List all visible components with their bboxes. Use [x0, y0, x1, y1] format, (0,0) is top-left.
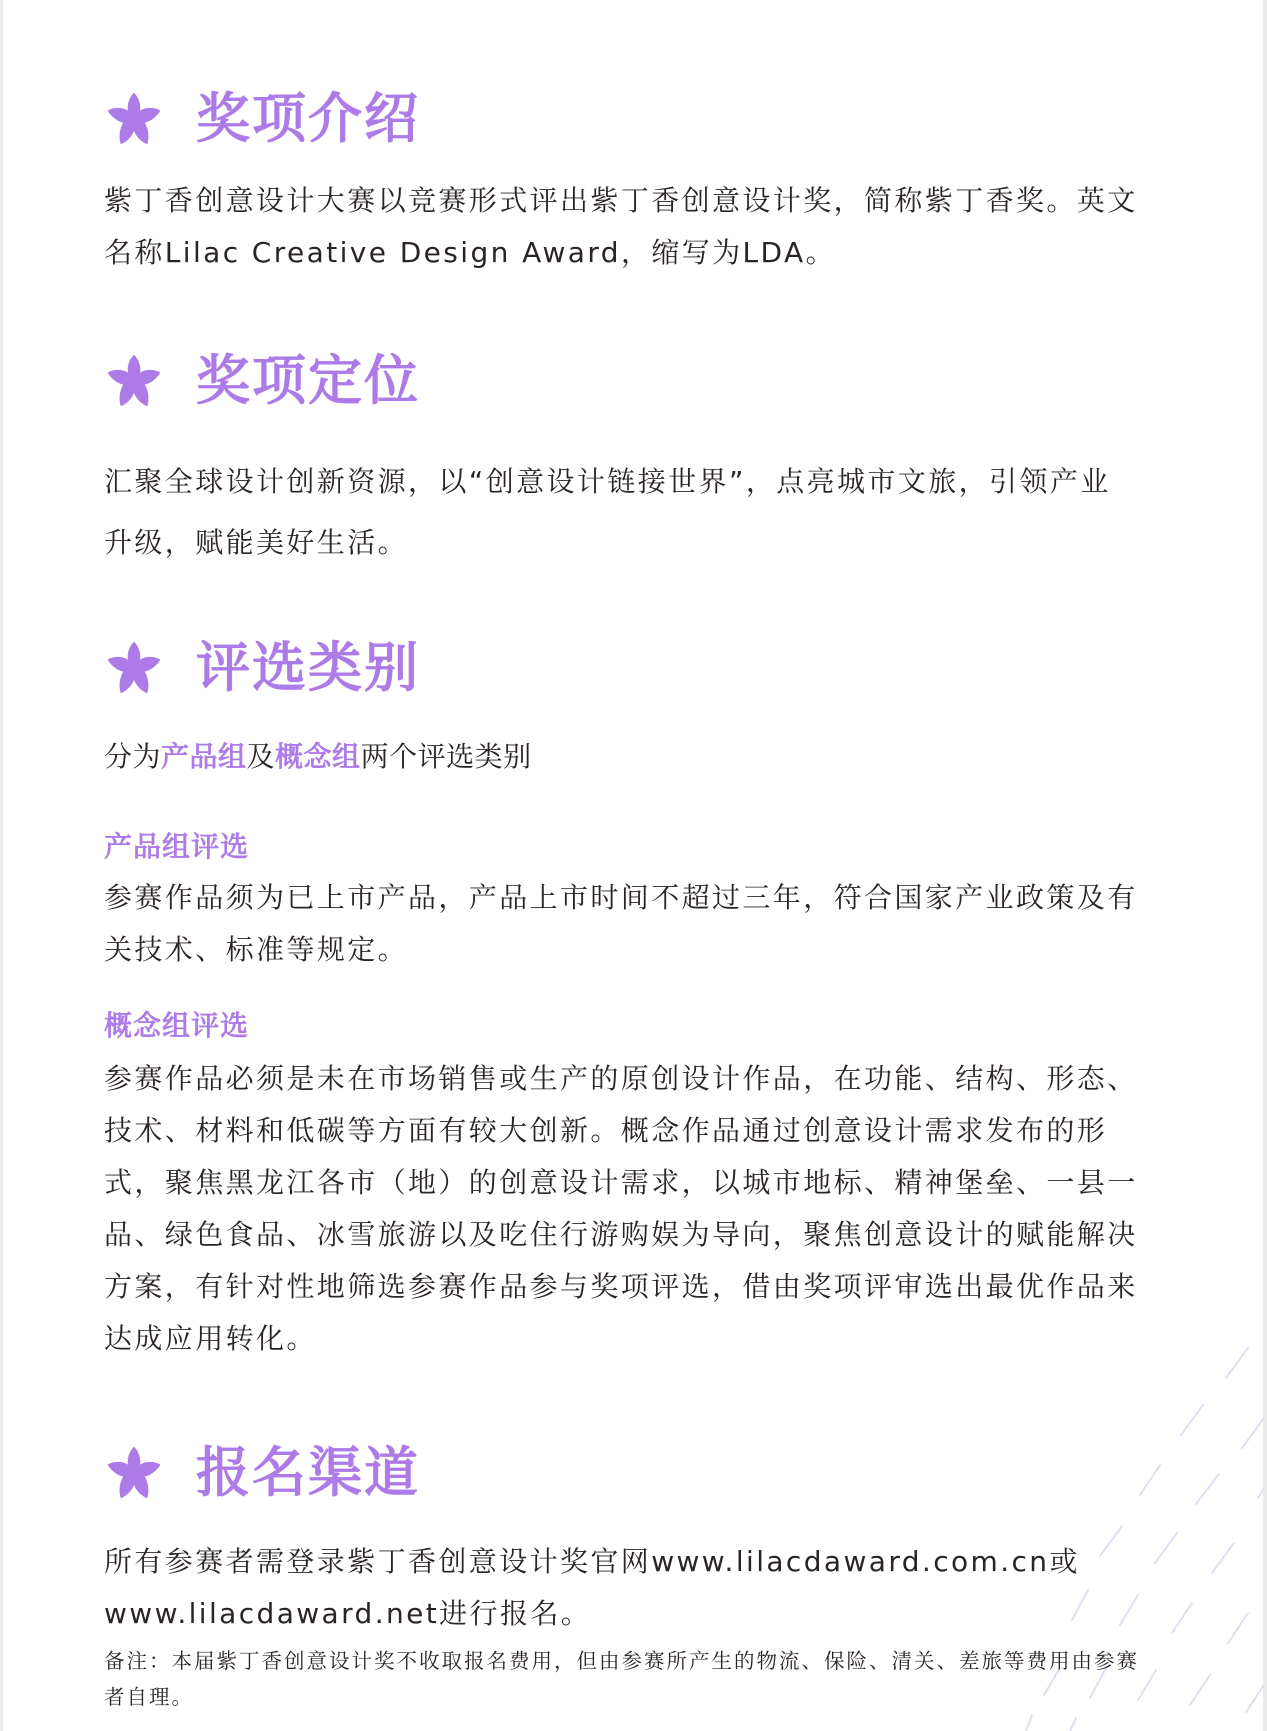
highlight-concept-group: 概念组	[275, 740, 361, 773]
section-heading-categories: 评选类别	[104, 636, 420, 700]
subheading-product-group: 产品组评选	[104, 827, 249, 867]
paragraph-product-group: 参赛作品须为已上市产品，产品上市时间不超过三年，符合国家产业政策及有关技术、标准…	[104, 872, 1140, 976]
section-paragraph-intro: 紫丁香创意设计大赛以竞赛形式评出紫丁香创意设计奖，简称紫丁香奖。英文名称Lila…	[104, 175, 1140, 279]
paragraph-concept-group: 参赛作品必须是未在市场销售或生产的原创设计作品，在功能、结构、形态、技术、材料和…	[104, 1053, 1140, 1365]
highlight-product-group: 产品组	[161, 740, 247, 773]
section-paragraph-positioning: 汇聚全球设计创新资源，以“创意设计链接世界”，点亮城市文旅，引领产业升级，赋能美…	[104, 451, 1140, 573]
section-paragraph-registration: 所有参赛者需登录紫丁香创意设计奖官网www.lilacdaward.com.cn…	[104, 1536, 1140, 1640]
section-title: 评选类别	[196, 636, 420, 700]
section-heading-intro: 奖项介绍	[104, 87, 420, 151]
registration-note: 备注：本届紫丁香创意设计奖不收取报名费用，但由参赛所产生的物流、保险、清关、差旅…	[104, 1643, 1140, 1715]
lilac-flower-icon	[104, 638, 164, 698]
lilac-flower-icon	[104, 351, 164, 411]
section-heading-registration: 报名渠道	[104, 1441, 420, 1505]
intro-middle: 及	[247, 740, 276, 773]
section-heading-positioning: 奖项定位	[104, 349, 420, 413]
section-title: 奖项定位	[196, 349, 420, 413]
lilac-flower-icon	[104, 89, 164, 149]
page-right-border	[1263, 0, 1267, 1731]
categories-intro: 分为产品组及概念组两个评选类别	[104, 731, 1140, 783]
lilac-flower-icon	[104, 1443, 164, 1503]
page-left-border	[0, 0, 3, 1731]
section-title: 报名渠道	[196, 1441, 420, 1505]
intro-prefix: 分为	[104, 740, 161, 773]
intro-suffix: 两个评选类别	[361, 740, 532, 773]
section-title: 奖项介绍	[196, 87, 420, 151]
subheading-concept-group: 概念组评选	[104, 1006, 249, 1046]
